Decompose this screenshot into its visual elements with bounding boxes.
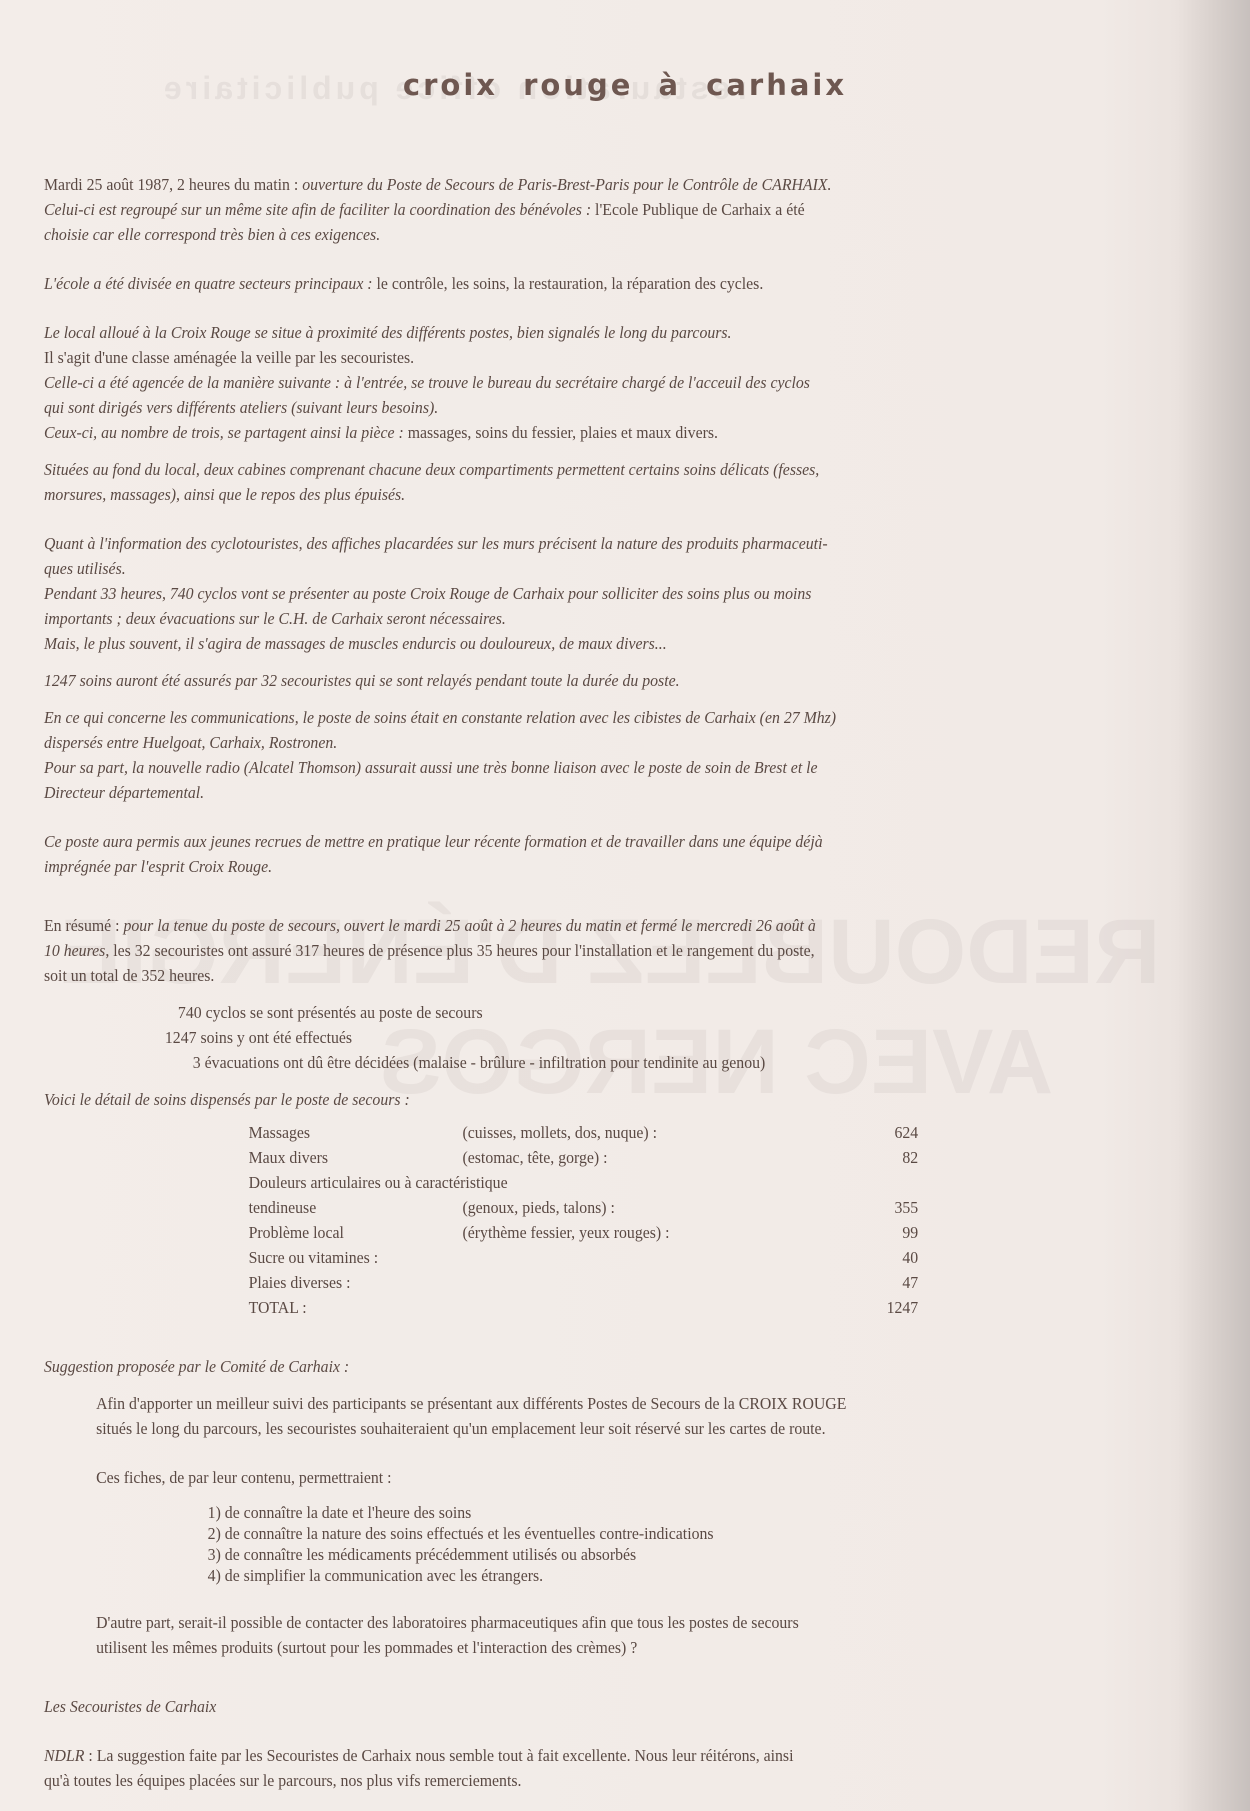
paragraph-resume: En résumé : pour la tenue du poste de se… (44, 913, 1132, 938)
suggestion-fiches: Ces fiches, de par leur contenu, permett… (44, 1465, 1132, 1490)
summary-item: 3 évacuations ont dû être décidées (mala… (44, 1050, 1132, 1075)
paragraph-cabins: Situées au fond du local, deux cabines c… (44, 457, 1132, 482)
table-row: Maux divers (estomac, tête, gorge) : 82 (249, 1145, 919, 1170)
suggestion-laboratoires: D'autre part, serait-il possible de cont… (44, 1610, 1132, 1635)
paragraph-recrues: Ce poste aura permis aux jeunes recrues … (44, 829, 1132, 854)
table-row: Plaies diverses : 47 (249, 1270, 919, 1295)
signature: Les Secouristes de Carhaix (44, 1694, 1132, 1719)
table-row: Massages (cuisses, mollets, dos, nuque) … (249, 1120, 919, 1145)
summary-item: 1247 soins y ont été effectués (44, 1025, 1132, 1050)
paragraph-communications: En ce qui concerne les communications, l… (44, 705, 1132, 730)
paragraph-soins-count: 1247 soins auront été assurés par 32 sec… (44, 668, 1132, 693)
page-title: croix rouge à carhaix (0, 68, 1250, 102)
article-body: Mardi 25 août 1987, 2 heures du matin : … (44, 172, 1132, 1793)
table-row: Douleurs articulaires ou à caractéristiq… (249, 1170, 919, 1195)
list-item: 3) de connaître les médicaments précédem… (44, 1544, 1132, 1565)
suggestion-list: 1) de connaître la date et l'heure des s… (44, 1502, 1132, 1586)
paragraph-local: Le local alloué à la Croix Rouge se situ… (44, 320, 1132, 345)
list-item: 4) de simplifier la communication avec l… (44, 1565, 1132, 1586)
suggestion-heading: Suggestion proposée par le Comité de Car… (44, 1354, 1132, 1379)
table-row: Sucre ou vitamines : 40 (249, 1245, 919, 1270)
table-row: Problème local (érythème fessier, yeux r… (249, 1220, 919, 1245)
table-total-row: TOTAL : 1247 (249, 1295, 919, 1320)
suggestion-paragraph: Afin d'apporter un meilleur suivi des pa… (44, 1391, 1132, 1416)
paragraph-sectors: L'école a été divisée en quatre secteurs… (44, 271, 1132, 296)
summary-item: 740 cyclos se sont présentés au poste de… (44, 1000, 1132, 1025)
care-detail-table: Massages (cuisses, mollets, dos, nuque) … (249, 1120, 919, 1320)
ndlr-note: NDLR : La suggestion faite par les Secou… (44, 1743, 1132, 1768)
list-item: 1) de connaître la date et l'heure des s… (44, 1502, 1132, 1523)
paragraph-opening: Mardi 25 août 1987, 2 heures du matin : … (44, 172, 1132, 197)
detail-intro: Voici le détail de soins dispensés par l… (44, 1087, 1132, 1112)
list-item: 2) de connaître la nature des soins effe… (44, 1523, 1132, 1544)
table-row: tendineuse (genoux, pieds, talons) : 355 (249, 1195, 919, 1220)
summary-list: 740 cyclos se sont présentés au poste de… (44, 1000, 1132, 1075)
paragraph-information: Quant à l'information des cyclotouristes… (44, 531, 1132, 556)
